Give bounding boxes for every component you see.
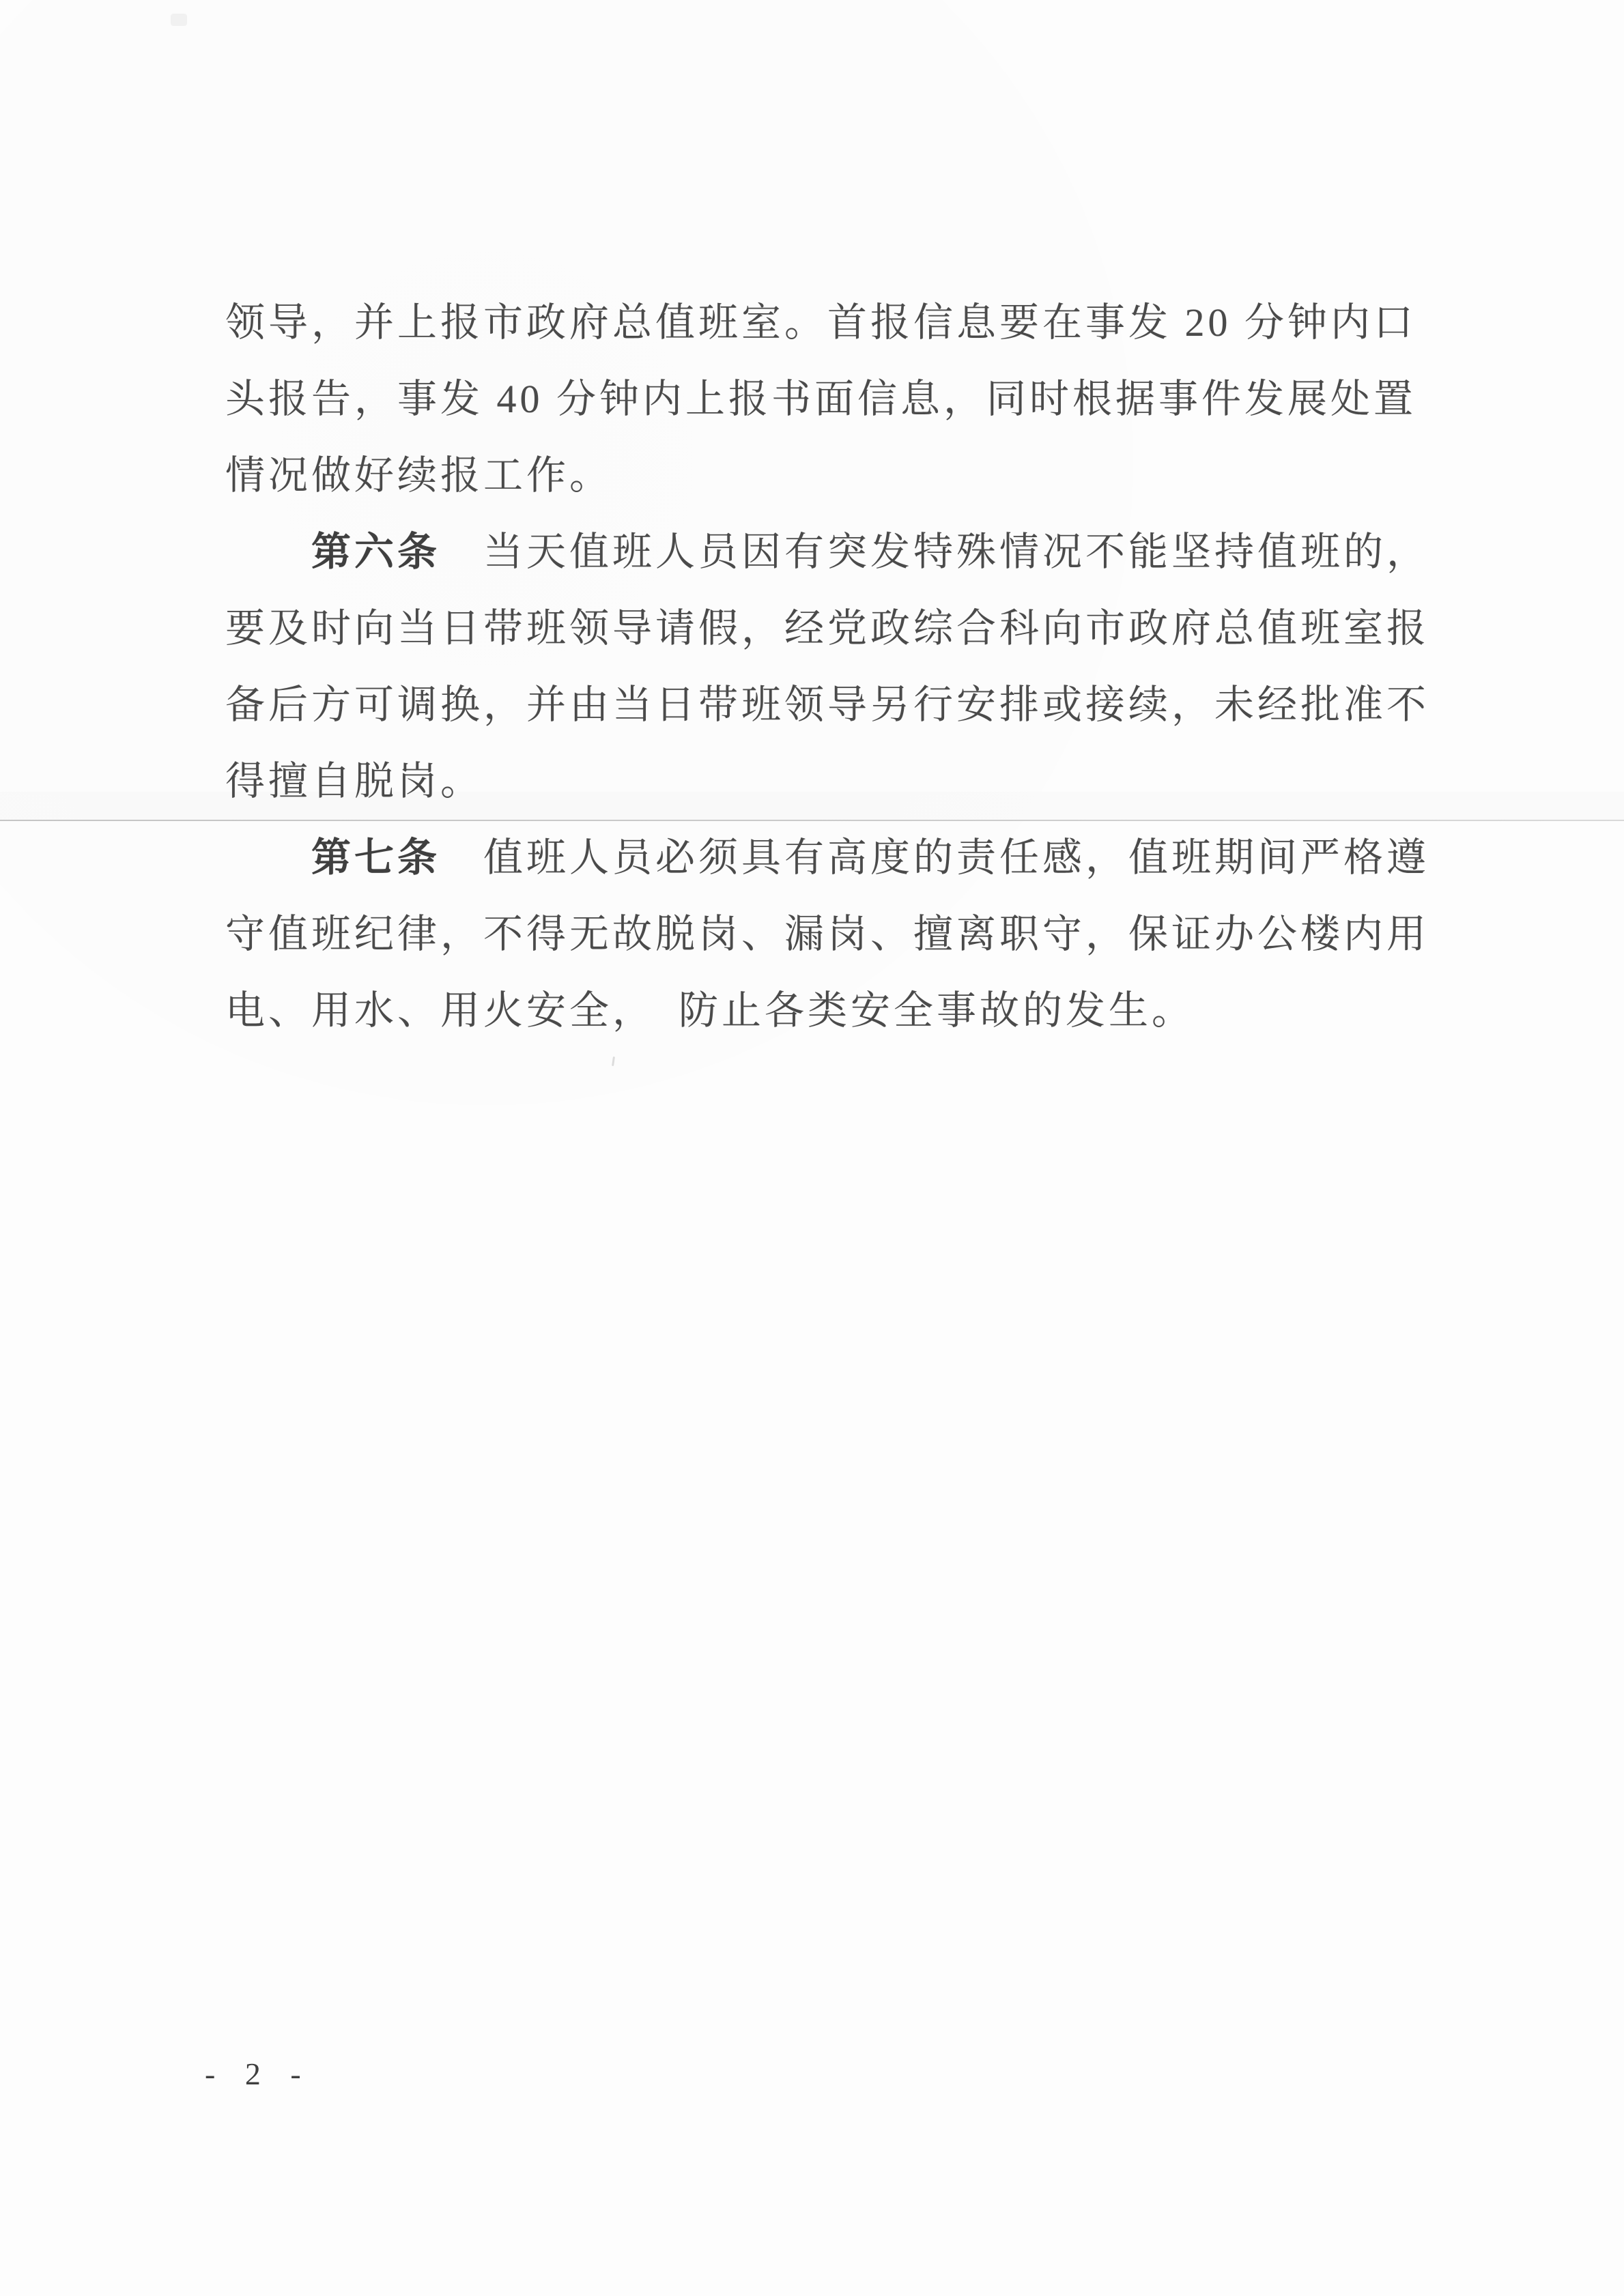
scan-speck <box>612 1057 615 1066</box>
text-segment: 值班人员必须具有高度的责任感，值班期间严格遵 <box>440 835 1429 880</box>
text-line: 情况做好续报工作。 <box>225 437 1428 514</box>
text-segment: 电、用水、用火安全， 防止各类安全事故的发生。 <box>225 988 1195 1033</box>
text-segment: 备后方可调换，并由当日带班领导另行安排或接续，未经批准不 <box>225 683 1429 727</box>
text-segment: 情况做好续报工作。 <box>225 453 612 498</box>
text-segment: 要及时向当日带班领导请假，经党政综合科向市政府总值班室报 <box>225 606 1429 650</box>
article-term: 第七条 <box>311 835 440 880</box>
text-line: 头报告，事发 40 分钟内上报书面信息，同时根据事件发展处置 <box>225 361 1428 437</box>
text-line: 电、用水、用火安全， 防止各类安全事故的发生。 <box>225 973 1428 1049</box>
text-line: 得擅自脱岗。 <box>225 743 1428 820</box>
text-block: 领导，并上报市政府总值班室。首报信息要在事发 20 分钟内口头报告，事发 40 … <box>225 285 1428 1049</box>
document-page: 领导，并上报市政府总值班室。首报信息要在事发 20 分钟内口头报告，事发 40 … <box>0 0 1624 2296</box>
text-segment: 领导，并上报市政府总值班室。首报信息要在事发 20 分钟内口 <box>225 300 1416 345</box>
text-line: 守值班纪律，不得无故脱岗、漏岗、擅离职守，保证办公楼内用 <box>225 896 1428 973</box>
text-line: 要及时向当日带班领导请假，经党政综合科向市政府总值班室报 <box>225 590 1428 667</box>
text-segment: 得擅自脱岗。 <box>225 759 483 803</box>
text-segment: 头报告，事发 40 分钟内上报书面信息，同时根据事件发展处置 <box>225 377 1416 421</box>
page-number: - 2 - <box>205 2056 303 2092</box>
scan-line-artifact <box>0 820 1624 821</box>
text-line: 第六条 当天值班人员因有突发特殊情况不能坚持值班的， <box>225 514 1428 590</box>
text-line: 领导，并上报市政府总值班室。首报信息要在事发 20 分钟内口 <box>225 285 1428 361</box>
scan-smudge <box>171 14 187 26</box>
text-line: 第七条 值班人员必须具有高度的责任感，值班期间严格遵 <box>225 820 1428 896</box>
text-segment: 当天值班人员因有突发特殊情况不能坚持值班的， <box>440 530 1429 574</box>
text-segment: 守值班纪律，不得无故脱岗、漏岗、擅离职守，保证办公楼内用 <box>225 912 1429 956</box>
article-term: 第六条 <box>311 530 440 574</box>
text-line: 备后方可调换，并由当日带班领导另行安排或接续，未经批准不 <box>225 667 1428 743</box>
